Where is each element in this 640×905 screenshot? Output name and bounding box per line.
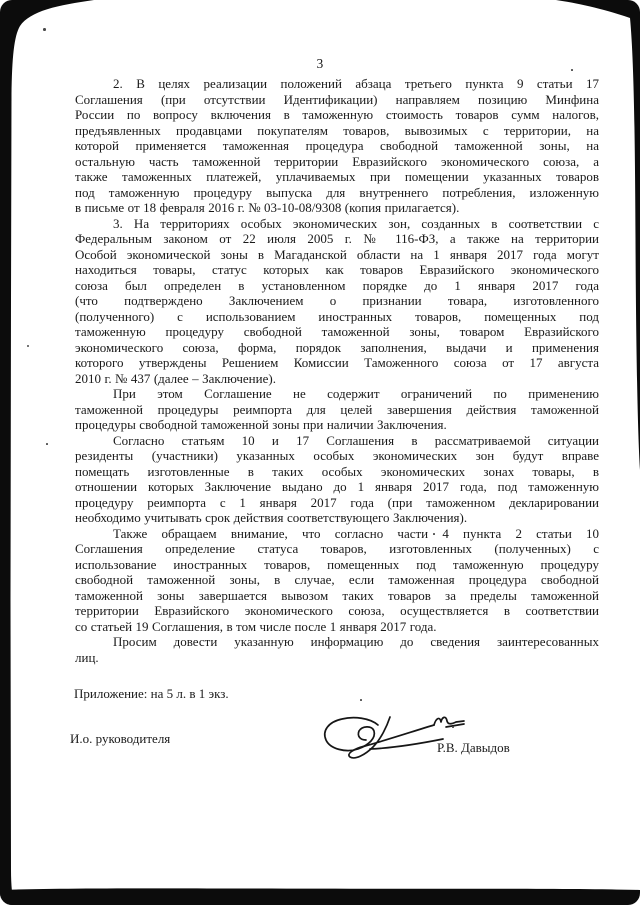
text-line: необходимо учитывать срок действия соотв… bbox=[75, 510, 599, 526]
text-line: в письме от 18 февраля 2016 г. № 03-10-0… bbox=[75, 200, 599, 216]
text-line: процедуру реимпорта с 1 января 2017 года… bbox=[75, 495, 599, 511]
text-line: таможенной процедуры реимпорта для целей… bbox=[75, 402, 599, 418]
text-line: таможенную процедуру свободной таможенно… bbox=[75, 324, 599, 340]
text-line: остальную часть таможенной территории Ев… bbox=[75, 154, 599, 170]
scan-speck bbox=[571, 69, 573, 71]
text-line: Согласно статьям 10 и 17 Соглашения в ра… bbox=[75, 433, 599, 449]
text-line: предъявленных продавцами покупателям тов… bbox=[75, 123, 599, 139]
text-line: отношении которых Заключение выдано до 1… bbox=[75, 479, 599, 495]
text-line: (полученного) с использованием иностранн… bbox=[75, 309, 599, 325]
text-line: которого утверждены Решением Комиссии Та… bbox=[75, 355, 599, 371]
text-line: союза был определен в установленном поря… bbox=[75, 278, 599, 294]
text-line: территории Евразийского экономического с… bbox=[75, 603, 599, 619]
scan-speck bbox=[27, 345, 29, 347]
text-line: под таможенную процедуру выпуска для вну… bbox=[75, 185, 599, 201]
text-line: России по вопросу включения в таможенную… bbox=[75, 107, 599, 123]
scan-border-bottom bbox=[0, 888, 640, 905]
text-line: Особой экономической зоны в Магаданской … bbox=[75, 247, 599, 263]
text-line: которой применяется таможенная процедура… bbox=[75, 138, 599, 154]
paragraph: Просим довести указанную информацию до с… bbox=[75, 634, 599, 665]
text-line: свободной таможенной зоны, в случае, есл… bbox=[75, 572, 599, 588]
text-line: 3. На территориях особых экономических з… bbox=[75, 216, 599, 232]
paragraph: 3. На территориях особых экономических з… bbox=[75, 216, 599, 387]
letter-body: 2. В целях реализации положений абзаца т… bbox=[75, 76, 599, 665]
text-line: лиц. bbox=[75, 650, 599, 666]
text-line: Соглашения (при отсутствии Идентификации… bbox=[75, 92, 599, 108]
text-line: со статьей 19 Соглашения, в том числе по… bbox=[75, 619, 599, 635]
text-line: экономического союза, форма, порядок зап… bbox=[75, 340, 599, 356]
text-line: (что подтверждено Заключением о признани… bbox=[75, 293, 599, 309]
text-line: Федеральным законом от 22 июля 2005 г. №… bbox=[75, 231, 599, 247]
text-line: При этом Соглашение не содержит ограниче… bbox=[75, 386, 599, 402]
text-line: процедуры свободной таможенной зоны при … bbox=[75, 417, 599, 433]
paragraph: 2. В целях реализации положений абзаца т… bbox=[75, 76, 599, 216]
signer-name: Р.В. Давыдов bbox=[437, 740, 510, 756]
text-line: Просим довести указанную информацию до с… bbox=[75, 634, 599, 650]
text-line: находиться товары, статус которых как то… bbox=[75, 262, 599, 278]
text-line: таможенной зоны завершается вывозом таки… bbox=[75, 588, 599, 604]
scan-speck bbox=[46, 443, 48, 445]
handwritten-signature-icon bbox=[290, 695, 470, 780]
scan-speck bbox=[43, 28, 46, 31]
scan-speck bbox=[360, 699, 362, 701]
attachment-note: Приложение: на 5 л. в 1 экз. bbox=[74, 686, 229, 702]
text-line: помещать изготовленные в таких особых эк… bbox=[75, 464, 599, 480]
text-line: резиденты (участники) указанных особых э… bbox=[75, 448, 599, 464]
paragraph: Также обращаем внимание, что согласно ча… bbox=[75, 526, 599, 635]
text-line: Также обращаем внимание, что согласно ча… bbox=[75, 526, 599, 542]
text-line: 2010 г. № 437 (далее – Заключение). bbox=[75, 371, 599, 387]
paragraph: Согласно статьям 10 и 17 Соглашения в ра… bbox=[75, 433, 599, 526]
page-number: 3 bbox=[0, 56, 640, 72]
text-line: использование иностранных товаров, помещ… bbox=[75, 557, 599, 573]
document-page: 3 2. В целях реализации положений абзаца… bbox=[0, 0, 640, 905]
scan-speck bbox=[433, 533, 435, 535]
text-line: также таможенных платежей, уплачиваемых … bbox=[75, 169, 599, 185]
paragraph: При этом Соглашение не содержит ограниче… bbox=[75, 386, 599, 433]
text-line: 2. В целях реализации положений абзаца т… bbox=[75, 76, 599, 92]
text-line: Соглашения определение статуса товаров, … bbox=[75, 541, 599, 557]
signer-title: И.о. руководителя bbox=[70, 731, 170, 747]
scan-speck bbox=[452, 726, 454, 728]
